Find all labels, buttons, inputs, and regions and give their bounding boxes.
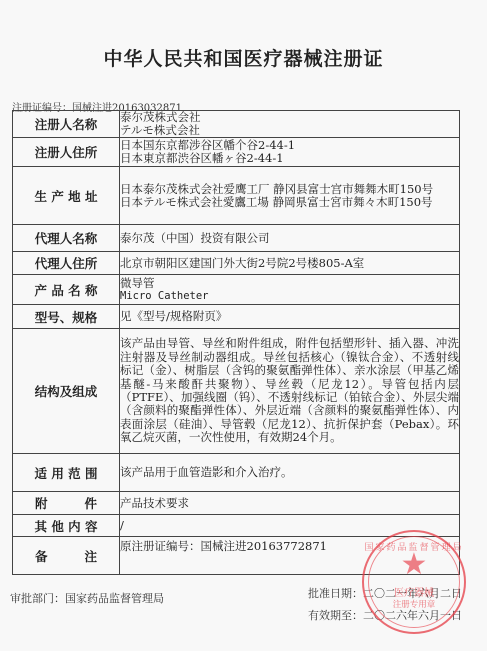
table-row: 注册人住所 日本国东京都涉谷区幡个谷2-44-1 日本東京都渋谷区幡ヶ谷2-44… [13,138,460,167]
product-name: 微导管 Micro Catheter [120,275,460,305]
approval-department: 审批部门：国家药品监督管理局 [10,590,164,606]
other-content: / [120,515,460,537]
registration-table: 注册人名称 泰尔茂株式会社 テルモ株式会社 注册人住所 日本国东京都涉谷区幡个谷… [12,110,460,575]
row-label: 备注 [13,537,120,575]
scope-of-application: 该产品用于血管造影和介入治疗。 [120,454,460,492]
approval-date-label: 批准日期： [308,587,363,600]
remarks: 原注册证编号：国械注进20163772871 [120,537,460,575]
approval-department-value: 国家药品监督管理局 [65,592,164,605]
label-part: 备 [35,547,48,565]
table-row: 代理人名称 泰尔茂（中国）投资有限公司 [13,225,460,252]
product-name-en: Micro Catheter [120,290,459,303]
label-part: 附 [35,494,48,512]
valid-until-label: 有效期至： [308,609,363,622]
row-label: 注册人住所 [13,138,120,167]
table-row: 代理人住所 北京市朝阳区建国门外大街2号院2号楼805-A室 [13,252,460,275]
row-label: 产 品 名 称 [13,275,120,305]
row-label: 代理人名称 [13,225,120,252]
valid-until-value: 二〇二六年六月一日 [363,609,462,622]
table-row: 附件 产品技术要求 [13,492,460,515]
row-label: 生 产 地 址 [13,167,120,225]
row-label: 注册人名称 [13,111,120,138]
row-label: 适 用 范 围 [13,454,120,492]
table-row: 结构及组成 该产品由导管、导丝和附件组成，附件包括塑形针、插入器、冲洗注射器及导… [13,329,460,454]
registrant-address: 日本国东京都涉谷区幡个谷2-44-1 日本東京都渋谷区幡ヶ谷2-44-1 [120,138,460,167]
table-row: 适 用 范 围 该产品用于血管造影和介入治疗。 [13,454,460,492]
approval-department-label: 审批部门： [10,592,65,605]
agent-address: 北京市朝阳区建国门外大街2号院2号楼805-A室 [120,252,460,275]
row-label: 结构及组成 [13,329,120,454]
row-label: 代理人住所 [13,252,120,275]
table-row: 产 品 名 称 微导管 Micro Catheter [13,275,460,305]
table-row: 其 他 内 容 / [13,515,460,537]
row-label: 附件 [13,492,120,515]
approval-date-value: 二〇二一年六月二日 [363,587,462,600]
table-row: 型号、规格 见《型号/规格附页》 [13,305,460,329]
model-spec: 见《型号/规格附页》 [120,305,460,329]
agent-name: 泰尔茂（中国）投资有限公司 [120,225,460,252]
registrant-name: 泰尔茂株式会社 テルモ株式会社 [120,111,460,138]
approval-date: 批准日期：二〇二一年六月二日 [308,585,462,601]
registrant-address-jp: 日本東京都渋谷区幡ヶ谷2-44-1 [120,152,459,165]
product-name-cn: 微导管 [120,277,459,290]
row-label: 其 他 内 容 [13,515,120,537]
production-address-cn: 日本泰尔茂株式会社爱鹰工厂 静冈县富士宫市舞舞木町150号 [120,183,459,196]
production-address: 日本泰尔茂株式会社爱鹰工厂 静冈县富士宫市舞舞木町150号 日本テルモ株式会社愛… [120,167,460,225]
table-row: 生 产 地 址 日本泰尔茂株式会社爱鹰工厂 静冈县富士宫市舞舞木町150号 日本… [13,167,460,225]
valid-until: 有效期至：二〇二六年六月一日 [308,607,462,623]
document-title: 中华人民共和国医疗器械注册证 [0,44,487,71]
registrant-name-jp: テルモ株式会社 [120,124,459,137]
row-label: 型号、规格 [13,305,120,329]
table-row: 备注 原注册证编号：国械注进20163772871 [13,537,460,575]
structure-composition: 该产品由导管、导丝和附件组成，附件包括塑形针、插入器、冲洗注射器及导丝制动器组成… [120,329,460,454]
attachment: 产品技术要求 [120,492,460,515]
production-address-jp: 日本テルモ株式会社愛鷹工場 静岡県富士宮市舞々木町150号 [120,196,459,209]
table-row: 注册人名称 泰尔茂株式会社 テルモ株式会社 [13,111,460,138]
label-part: 件 [84,494,97,512]
label-part: 注 [84,547,97,565]
